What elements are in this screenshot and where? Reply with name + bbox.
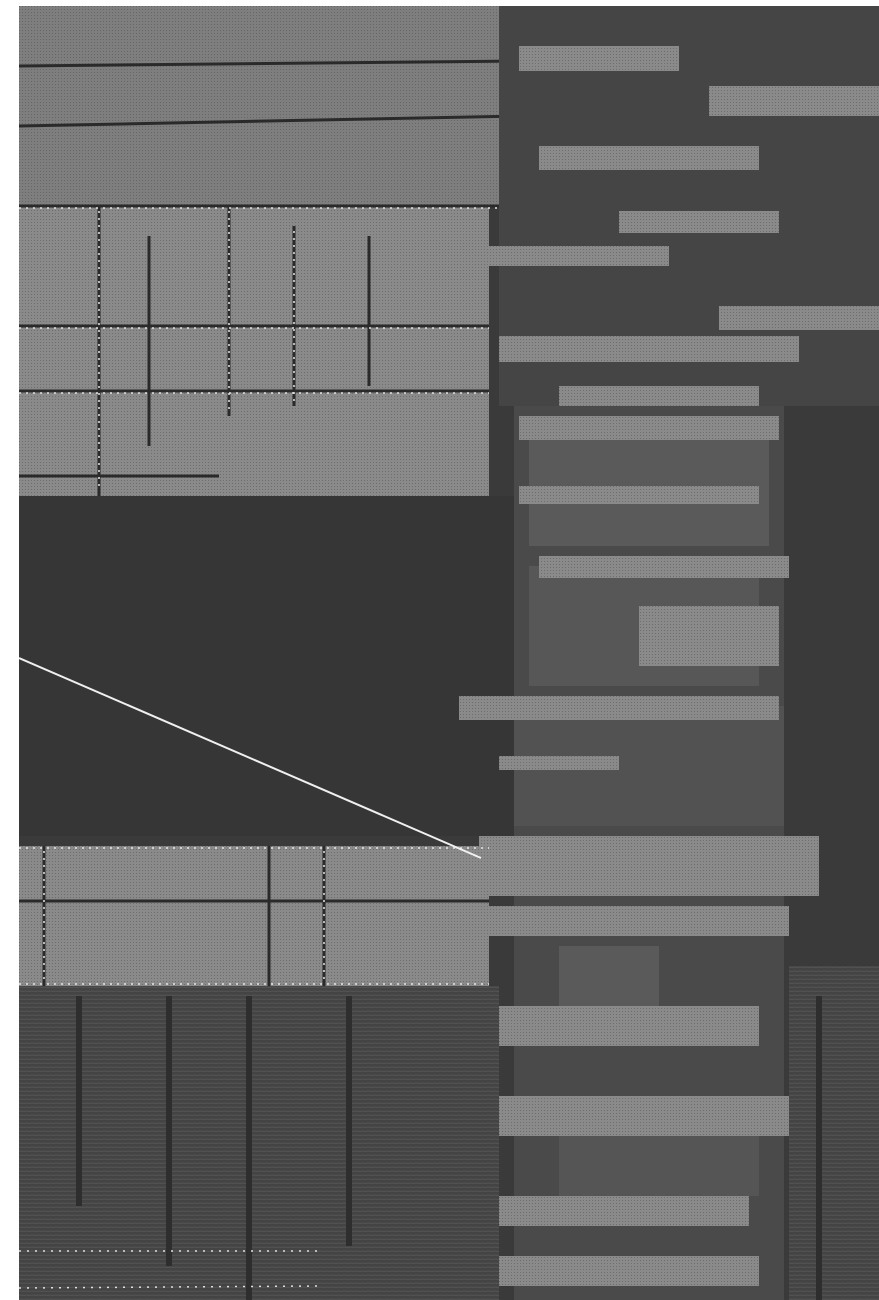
upper-right-layers — [489, 6, 879, 406]
central-void — [19, 496, 519, 836]
manga-panel — [19, 6, 879, 1300]
megastructure-illustration — [19, 6, 879, 1300]
lower-left-block — [19, 846, 489, 986]
upper-grid-structure — [19, 6, 519, 496]
